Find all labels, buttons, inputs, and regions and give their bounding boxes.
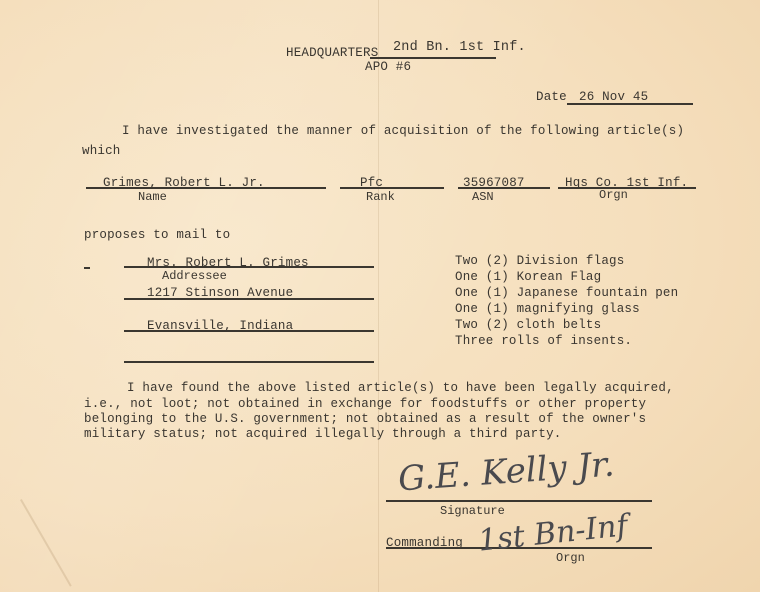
asn-line [458, 187, 550, 189]
dash-mark [84, 267, 90, 269]
article-item: One (1) magnifying glass [455, 302, 640, 316]
city-line [124, 330, 374, 332]
asn-label: ASN [472, 190, 494, 204]
date-value: 26 Nov 45 [579, 90, 648, 104]
intro-line1: I have investigated the manner of acquis… [122, 124, 684, 138]
article-item: Two (2) Division flags [455, 254, 624, 268]
intro-line2: which [82, 144, 121, 158]
addressee-line [124, 266, 374, 268]
date-line [567, 103, 693, 105]
article-item: One (1) Japanese fountain pen [455, 286, 678, 300]
article-item: Three rolls of insents. [455, 334, 632, 348]
name-label: Name [138, 190, 167, 204]
orgn-label: Orgn [599, 188, 628, 202]
paper-fold [378, 0, 379, 592]
header-apo: APO #6 [365, 60, 411, 74]
cert-line4: military status; not acquired illegally … [84, 427, 561, 441]
date-label: Date [536, 90, 567, 104]
commanding-orgn-label: Orgn [556, 551, 585, 565]
street-line [124, 298, 374, 300]
extra-address-line [124, 361, 374, 363]
cert-line2: i.e., not loot; not obtained in exchange… [84, 397, 646, 411]
article-item: Two (2) cloth belts [455, 318, 601, 332]
mail-label: proposes to mail to [84, 228, 230, 242]
cert-line1: I have found the above listed article(s)… [127, 381, 674, 395]
name-line [86, 187, 326, 189]
header-unit: 2nd Bn. 1st Inf. [393, 41, 526, 55]
addressee-label: Addressee [162, 269, 227, 283]
cert-line3: belonging to the U.S. government; not ob… [84, 412, 646, 426]
signature-line [386, 500, 652, 502]
header-prefix: HEADQUARTERS [286, 46, 378, 60]
rank-label: Rank [366, 190, 395, 204]
header-unit-line [370, 57, 496, 59]
article-item: One (1) Korean Flag [455, 270, 601, 284]
rank-line [340, 187, 444, 189]
signature-label: Signature [440, 504, 505, 518]
